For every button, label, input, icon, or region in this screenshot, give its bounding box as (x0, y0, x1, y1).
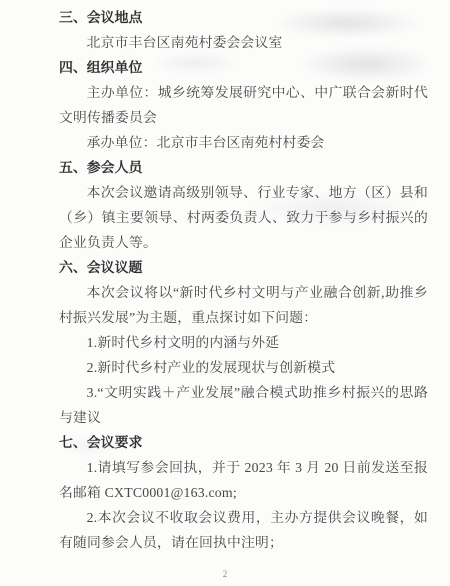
section-meeting-topics: 六、会议议题 本次会议将以“新时代乡村文明与产业融合创新,助推乡村振兴发展”为主… (59, 255, 428, 430)
section-organizing-units: 四、组织单位 主办单位：城乡统筹发展研究中心、中广联合会新时代文明传播委员会 承… (59, 55, 428, 155)
paragraph: 1.请填写参会回执，并于 2023 年 3 月 20 日前发送至报名邮箱 CXT… (59, 455, 428, 505)
paragraph: 3.“文明实践＋产业发展”融合模式助推乡村振兴的思路与建议 (59, 380, 428, 430)
section-heading: 六、会议议题 (59, 255, 428, 280)
page-number: 2 (0, 569, 450, 579)
document-body: 三、会议地点 北京市丰台区南苑村委会会议室 四、组织单位 主办单位：城乡统筹发展… (59, 5, 428, 555)
section-heading: 七、会议要求 (59, 430, 428, 455)
paragraph: 2.本次会议不收取会议费用，主办方提供会议晚餐，如有随同参会人员，请在回执中注明… (59, 505, 428, 555)
paragraph: 北京市丰台区南苑村委会会议室 (59, 30, 428, 55)
paragraph: 2.新时代乡村产业的发展现状与创新模式 (59, 355, 428, 380)
section-participants: 五、参会人员 本次会议邀请高级别领导、行业专家、地方（区）县和（乡）镇主要领导、… (59, 155, 428, 255)
paragraph: 本次会议将以“新时代乡村文明与产业融合创新,助推乡村振兴发展”为主题，重点探讨如… (59, 280, 428, 330)
section-meeting-location: 三、会议地点 北京市丰台区南苑村委会会议室 (59, 5, 428, 55)
paragraph: 承办单位：北京市丰台区南苑村村委会 (59, 130, 428, 155)
paragraph: 1.新时代乡村文明的内涵与外延 (59, 330, 428, 355)
paragraph: 本次会议邀请高级别领导、行业专家、地方（区）县和（乡）镇主要领导、村两委负责人、… (59, 180, 428, 255)
section-heading: 三、会议地点 (59, 5, 428, 30)
section-heading: 四、组织单位 (59, 55, 428, 80)
paragraph: 主办单位：城乡统筹发展研究中心、中广联合会新时代文明传播委员会 (59, 80, 428, 130)
section-meeting-requirements: 七、会议要求 1.请填写参会回执，并于 2023 年 3 月 20 日前发送至报… (59, 430, 428, 555)
document-page: 三、会议地点 北京市丰台区南苑村委会会议室 四、组织单位 主办单位：城乡统筹发展… (0, 0, 450, 586)
section-heading: 五、参会人员 (59, 155, 428, 180)
